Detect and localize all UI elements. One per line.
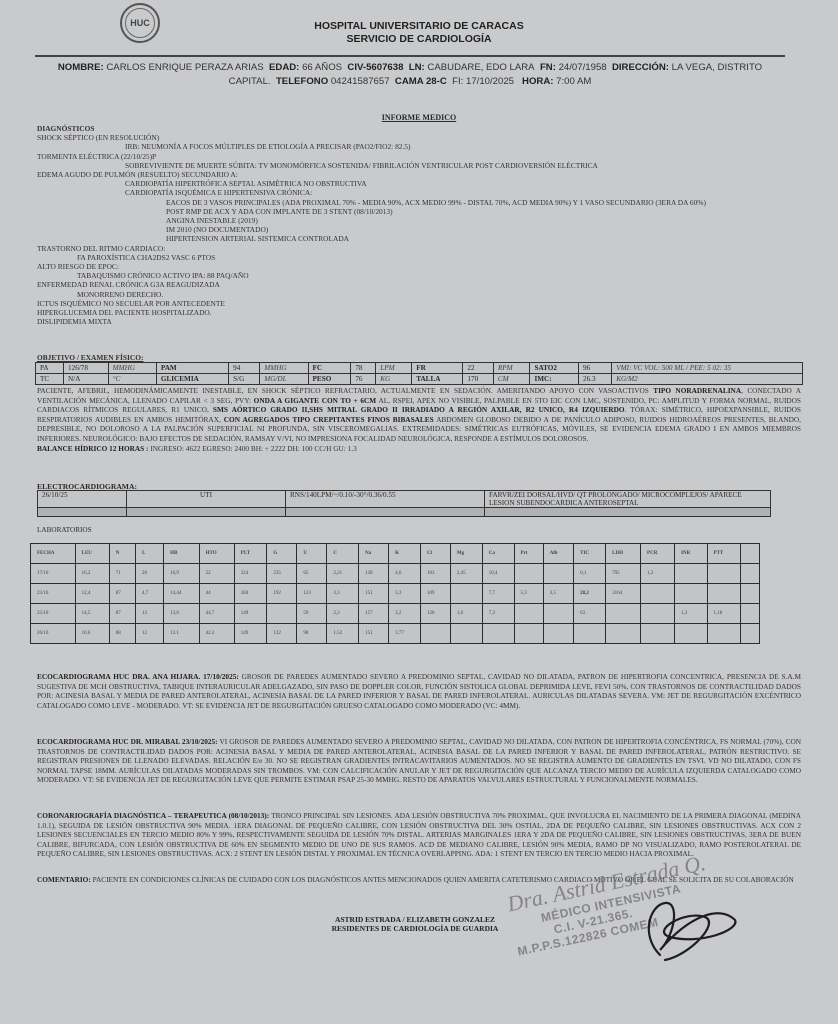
labs-cell — [514, 624, 543, 644]
labs-cell: 1.52 — [327, 624, 359, 644]
vitals-cell: VMI: VC VOL: 500 ML / PEE: 5 02: 35 — [612, 363, 803, 374]
vitals-cell: FR — [412, 363, 463, 374]
labs-cell — [482, 624, 514, 644]
diagnosis-line: ICTUS ISQUÉMICO NO SECUELAR POR ANTECEDE… — [37, 299, 807, 308]
labs-cell: 23/10 — [31, 584, 76, 604]
labs-cell: 13.1 — [164, 624, 199, 644]
narrative-fragment: ONDA A GIGANTE CON TO + 6CM — [254, 396, 377, 405]
labs-cell: 122 — [267, 624, 297, 644]
patient-phone: 04241587657 — [331, 76, 390, 87]
time-label: HORA: — [522, 76, 553, 87]
exam-findings: PACIENTE, AFEBRIL, HEMODINÁMICAMENTE INE… — [37, 386, 801, 443]
labs-header-cell: Na — [359, 544, 389, 564]
labs-header-cell: U — [297, 544, 327, 564]
labs-cell: 88 — [109, 624, 135, 644]
ekg-cell: UTI — [127, 491, 286, 508]
labs-cell — [641, 584, 675, 604]
labs-header-cell: LDH — [606, 544, 641, 564]
exam-title-wrap: OBJETIVO / EXAMEN FÍSICO: — [37, 353, 143, 362]
labs-row: 26/1010.6881213.142.2149122981.521513.77 — [31, 624, 760, 644]
vitals-cell: SATO2 — [530, 363, 579, 374]
cath-paragraph: CORONARIOGRAFÍA DIAGNÓSTICA – TERAPEUTIC… — [37, 811, 801, 859]
labs-cell: 10.6 — [75, 624, 109, 644]
labs-cell: 795 — [606, 564, 641, 584]
labs-header-cell: Ca — [482, 544, 514, 564]
exam-title: OBJETIVO / EXAMEN FÍSICO: — [37, 353, 143, 362]
labs-cell: 5,3 — [514, 584, 543, 604]
labs-header-cell: Alb — [543, 544, 573, 564]
labs-cell: 1,2 — [641, 564, 675, 584]
vitals-table: PA126/78MMHGPAM94MMHGFC78LPMFR22RPMSATO2… — [35, 362, 803, 385]
ekg-row — [38, 508, 771, 517]
labs-header-cell: HTO — [199, 544, 234, 564]
admission-time: 7:00 AM — [556, 76, 591, 87]
fluid-balance-value: INGRESO: 4622 EGRESO: 2400 BH: + 2222 DH… — [149, 444, 357, 453]
vitals-cell: LPM — [376, 363, 412, 374]
labs-header-cell: PLT — [234, 544, 267, 564]
narrative-fragment: CON AGREGADOS TIPO CREPITANTES FINOS BIB… — [224, 415, 434, 424]
diagnosis-line: ALTO RIESGO DE EPOC: — [37, 262, 807, 271]
labs-cell: 7,7 — [482, 584, 514, 604]
labs-cell: 10,4 — [482, 564, 514, 584]
labs-header-row: FECHALEUNLHBHTOPLTGUCNaKClMgCaPrtAlbTICL… — [31, 544, 760, 564]
fluid-balance-label: BALANCE HÍDRICO 12 HORAS : — [37, 444, 149, 453]
dob-label: FN: — [540, 62, 556, 73]
handwritten-signature-icon — [630, 895, 740, 965]
labs-cell: 3,2 — [389, 604, 421, 624]
vitals-cell: 126/78 — [64, 363, 109, 374]
labs-cell: 151 — [359, 584, 389, 604]
echo2-paragraph: ECOCARDIOGRAMA HUC DR. MIRABAL 23/10/202… — [37, 737, 801, 785]
labs-cell — [707, 624, 740, 644]
vitals-cell: PESO — [308, 374, 351, 385]
service-name: SERVICIO DE CARDIOLOGÍA — [0, 33, 838, 45]
labs-header-cell: PTT — [707, 544, 740, 564]
labs-cell — [675, 564, 707, 584]
labs-cell: 12 — [136, 624, 164, 644]
admission-label: FI: — [452, 76, 463, 87]
narrative-fragment: TIPO NORADRENALINA — [653, 386, 741, 395]
labs-cell — [267, 604, 297, 624]
ekg-cell: FARVR/ZEI DORSAL/HVD/ QT PROLONGADO/ MIC… — [485, 491, 771, 508]
labs-cell: 26/10 — [31, 624, 76, 644]
vitals-cell: 94 — [229, 363, 260, 374]
diagnosis-line: ENFERMEDAD RENAL CRÓNICA G3A REAGUDIZADA — [37, 280, 807, 289]
labs-cell: 65 — [297, 564, 327, 584]
diagnosis-line: HIPERTENSION ARTERIAL SISTEMICA CONTROLA… — [37, 234, 807, 243]
labs-cell: 1,18 — [707, 604, 740, 624]
labs-header-cell: HB — [164, 544, 199, 564]
labs-cell — [514, 564, 543, 584]
labs-cell: 42.2 — [199, 624, 234, 644]
labs-header-cell: LEU — [75, 544, 109, 564]
diagnosis-line: HIPERGLUCEMIA DEL PACIENTE HOSPITALIZADO… — [37, 308, 807, 317]
patient-birthplace: CABUDARE, EDO LARA — [427, 62, 534, 73]
labs-header-cell — [740, 544, 759, 564]
ekg-cell — [38, 508, 127, 517]
signer-names: ASTRID ESTRADA / ELIZABETH GONZALEZ — [310, 915, 520, 924]
vitals-cell: °C — [108, 374, 156, 385]
labs-cell: 3.77 — [389, 624, 421, 644]
ekg-cell: RNS/140LPM/~/0.10/-30°/0.36/0.55 — [286, 491, 485, 508]
vitals-cell: 170 — [463, 374, 493, 385]
diagnosis-line: DISLIPIDEMIA MIXTA — [37, 317, 807, 326]
report-title: INFORME MEDICO — [0, 113, 838, 122]
labs-cell: 13,6 — [164, 604, 199, 624]
labs-cell: 44,7 — [199, 604, 234, 624]
labs-cell: 3164 — [606, 584, 641, 604]
labs-cell: 4,6 — [389, 564, 421, 584]
labs-cell — [641, 624, 675, 644]
labs-cell: 192 — [267, 584, 297, 604]
labs-cell: 2,45 — [450, 564, 482, 584]
diagnosis-line: MONORRENO DERECHO. — [37, 290, 807, 299]
vitals-cell: PAM — [156, 363, 228, 374]
vitals-cell: S/G — [229, 374, 260, 385]
labs-cell — [543, 604, 573, 624]
labs-cell: 149 — [234, 604, 267, 624]
exam-narrative: PACIENTE, AFEBRIL, HEMODINÁMICAMENTE INE… — [37, 386, 801, 453]
vitals-cell: CM — [493, 374, 530, 385]
labs-header-cell: Mg — [450, 544, 482, 564]
diagnosis-line: FA PAROXÍSTICA CHA2DS2 VASC 6 PTOS — [37, 253, 807, 262]
patient-dob: 24/07/1958 — [559, 62, 607, 73]
diagnosis-line: TRASTORNO DEL RITMO CARDIACO: — [37, 244, 807, 253]
labs-cell: 87 — [109, 584, 135, 604]
labs-cell: 123 — [297, 584, 327, 604]
labs-cell: 16,2 — [75, 564, 109, 584]
labs-row: 23/1012,4874,714,44441841921233,31513,31… — [31, 584, 760, 604]
labs-header-cell: TIC — [574, 544, 606, 564]
hospital-name: HOSPITAL UNIVERSITARIO DE CARACAS — [0, 20, 838, 32]
admission-date: 17/10/2025 — [466, 76, 514, 87]
labs-cell — [450, 584, 482, 604]
labs-cell: 3,3 — [389, 584, 421, 604]
echo1-paragraph: ECOCARDIOGRAMA HUC DRA. ANA HIJARA. 17/1… — [37, 672, 801, 710]
vitals-row: PA126/78MMHGPAM94MMHGFC78LPMFR22RPMSATO2… — [36, 363, 803, 374]
labs-cell: 2,3 — [327, 604, 359, 624]
vitals-cell: KG — [376, 374, 412, 385]
diagnosis-line: EACOS DE 3 VASOS PRINCIPALES (ADA PROXIM… — [37, 198, 807, 207]
labs-cell — [740, 624, 759, 644]
cath-title: CORONARIOGRAFÍA DIAGNÓSTICA – TERAPEUTIC… — [37, 811, 269, 820]
labs-header-cell: FECHA — [31, 544, 76, 564]
labs-cell — [740, 584, 759, 604]
labs-cell: 138 — [359, 564, 389, 584]
labs-cell: 120 — [420, 604, 450, 624]
labs-cell: 151 — [359, 624, 389, 644]
vitals-cell: 76 — [351, 374, 376, 385]
vitals-cell: KG/M2 — [612, 374, 803, 385]
diagnosis-line: IRB: NEUMONÍA A FOCOS MÚLTIPLES DE ETIOL… — [37, 142, 807, 151]
labs-cell — [543, 624, 573, 644]
vitals-row: TCN/A°CGLICEMIAS/GMG/DLPESO76KGTALLA170C… — [36, 374, 803, 385]
labs-table: FECHALEUNLHBHTOPLTGUCNaKClMgCaPrtAlbTICL… — [30, 543, 760, 644]
labs-header-cell: G — [267, 544, 297, 564]
labs-cell — [606, 604, 641, 624]
echo2-title: ECOCARDIOGRAMA HUC DR. MIRABAL 23/10/202… — [37, 737, 218, 746]
patient-info: NOMBRE: CARLOS ENRIQUE PERAZA ARIAS EDAD… — [35, 61, 785, 89]
vitals-cell: 26.3 — [578, 374, 611, 385]
vitals-cell: N/A — [64, 374, 109, 385]
vitals-cell: 78 — [351, 363, 376, 374]
vitals-cell: FC — [308, 363, 351, 374]
diagnoses-title: DIAGNÓSTICOS — [37, 124, 807, 133]
labs-cell — [707, 564, 740, 584]
labs-row: 17/1016,2712616,952324235652,211384,6103… — [31, 564, 760, 584]
vitals-cell: MMHG — [108, 363, 156, 374]
labs-cell: 16,9 — [164, 564, 199, 584]
labs-cell — [675, 624, 707, 644]
vitals-cell: 96 — [578, 363, 611, 374]
birthplace-label: LN: — [409, 62, 425, 73]
ekg-cell — [127, 508, 286, 517]
labs-header-cell: Cl — [420, 544, 450, 564]
labs-header-cell: C — [327, 544, 359, 564]
vitals-cell: TC — [36, 374, 64, 385]
diagnoses-section: DIAGNÓSTICOS SHOCK SÉPTICO (EN RESOLUCIÓ… — [37, 124, 807, 326]
labs-header-cell: Prt — [514, 544, 543, 564]
labs-cell — [543, 564, 573, 584]
ekg-row: 26/10/25UTIRNS/140LPM/~/0.10/-30°/0.36/0… — [38, 491, 771, 508]
labs-cell: 14,5 — [75, 604, 109, 624]
labs-cell: 14,44 — [164, 584, 199, 604]
labs-cell: 28,2 — [574, 584, 606, 604]
labs-cell: 44 — [199, 584, 234, 604]
labs-cell — [707, 584, 740, 604]
labs-cell: 149 — [234, 624, 267, 644]
vitals-cell: GLICEMIA — [156, 374, 228, 385]
labs-header-cell: K — [389, 544, 421, 564]
labs-header-cell: INR — [675, 544, 707, 564]
signature-block: ASTRID ESTRADA / ELIZABETH GONZALEZ RESI… — [310, 915, 520, 933]
patient-name: CARLOS ENRIQUE PERAZA ARIAS — [106, 62, 263, 73]
name-label: NOMBRE: — [58, 62, 104, 73]
labs-cell: 3,3 — [327, 584, 359, 604]
signer-role: RESIDENTES DE CARDIOLOGÍA DE GUARDIA — [310, 924, 520, 933]
narrative-fragment: SMS AÓRTICO GRADO II,SHS MITRAL GRADO II… — [213, 405, 625, 414]
labs-cell — [740, 564, 759, 584]
labs-cell: 1,2 — [675, 604, 707, 624]
labs-cell: 7,3 — [482, 604, 514, 624]
patient-bed: CAMA 28-C — [395, 76, 447, 87]
labs-cell: 109 — [420, 584, 450, 604]
labs-cell: 3,5 — [543, 584, 573, 604]
vitals-cell: PA — [36, 363, 64, 374]
echo1-title: ECOCARDIOGRAMA HUC DRA. ANA HIJARA. 17/1… — [37, 672, 239, 681]
labs-cell: 26 — [136, 564, 164, 584]
labs-cell: 103 — [420, 564, 450, 584]
diagnosis-line: ANGINA INESTABLE (2019) — [37, 216, 807, 225]
ekg-cell — [286, 508, 485, 517]
patient-age: 66 AÑOS — [302, 62, 342, 73]
labs-cell — [675, 584, 707, 604]
header-divider — [35, 55, 785, 57]
ekg-cell: 26/10/25 — [38, 491, 127, 508]
vitals-cell: RPM — [493, 363, 530, 374]
vitals-cell: TALLA — [412, 374, 463, 385]
labs-cell: 63 — [574, 604, 606, 624]
patient-id: CIV-5607638 — [347, 62, 403, 73]
diagnosis-line: POST RMP DE ACX Y ADA CON IMPLANTE DE 3 … — [37, 207, 807, 216]
labs-title: LABORATORIOS — [37, 526, 92, 534]
labs-cell: 2,21 — [327, 564, 359, 584]
vitals-cell: IMC: — [530, 374, 579, 385]
labs-cell: 13 — [136, 604, 164, 624]
labs-cell: 12,4 — [75, 584, 109, 604]
phone-label: TELEFONO — [276, 76, 328, 87]
labs-cell: 0,1 — [574, 564, 606, 584]
labs-header-cell: PCR — [641, 544, 675, 564]
labs-cell: 25/10 — [31, 604, 76, 624]
labs-cell — [574, 624, 606, 644]
labs-cell: 157 — [359, 604, 389, 624]
labs-cell — [514, 604, 543, 624]
labs-cell — [740, 604, 759, 624]
labs-cell — [606, 624, 641, 644]
vitals-cell: 22 — [463, 363, 493, 374]
labs-cell — [420, 624, 450, 644]
diagnosis-line: EDEMA AGUDO DE PULMÓN (RESUELTO) SECUNDA… — [37, 170, 807, 179]
diagnosis-line: CARDIOPATÍA ISQUÉMICA E HIPERTENSIVA CRÓ… — [37, 188, 807, 197]
labs-cell — [450, 624, 482, 644]
diagnoses-list: SHOCK SÉPTICO (EN RESOLUCIÓN)IRB: NEUMON… — [37, 133, 807, 326]
labs-cell: 98 — [297, 624, 327, 644]
diagnosis-line: IM 2010 (NO DOCUMENTADO) — [37, 225, 807, 234]
diagnosis-line: SOBREVIVIENTE DE MUERTE SÚBITA: TV MONOM… — [37, 161, 807, 170]
address-label: DIRECCIÓN: — [612, 62, 669, 73]
vitals-cell: MG/DL — [260, 374, 308, 385]
medical-report-page: HUC HOSPITAL UNIVERSITARIO DE CARACAS SE… — [0, 0, 838, 1024]
labs-row: 25/1014,5871313,644,7149592,31573,21201,… — [31, 604, 760, 624]
labs-cell: 235 — [267, 564, 297, 584]
labs-cell: 184 — [234, 584, 267, 604]
diagnosis-line: TORMENTA ELÉCTRICA (22/10/25)P — [37, 152, 807, 161]
comment-title: COMENTARIO: — [37, 875, 91, 884]
labs-header-cell: N — [109, 544, 135, 564]
labs-cell: 71 — [109, 564, 135, 584]
labs-cell: 59 — [297, 604, 327, 624]
labs-cell: 17/10 — [31, 564, 76, 584]
vitals-cell: MMHG — [260, 363, 308, 374]
labs-cell — [641, 604, 675, 624]
labs-cell: 52 — [199, 564, 234, 584]
labs-cell: 324 — [234, 564, 267, 584]
labs-cell: 4,7 — [136, 584, 164, 604]
labs-cell: 87 — [109, 604, 135, 624]
labs-header-cell: L — [136, 544, 164, 564]
narrative-fragment: PACIENTE, AFEBRIL, HEMODINÁMICAMENTE INE… — [37, 386, 653, 395]
ekg-cell — [485, 508, 771, 517]
ekg-table: 26/10/25UTIRNS/140LPM/~/0.10/-30°/0.36/0… — [37, 490, 771, 517]
age-label: EDAD: — [269, 62, 299, 73]
labs-cell: 1,6 — [450, 604, 482, 624]
